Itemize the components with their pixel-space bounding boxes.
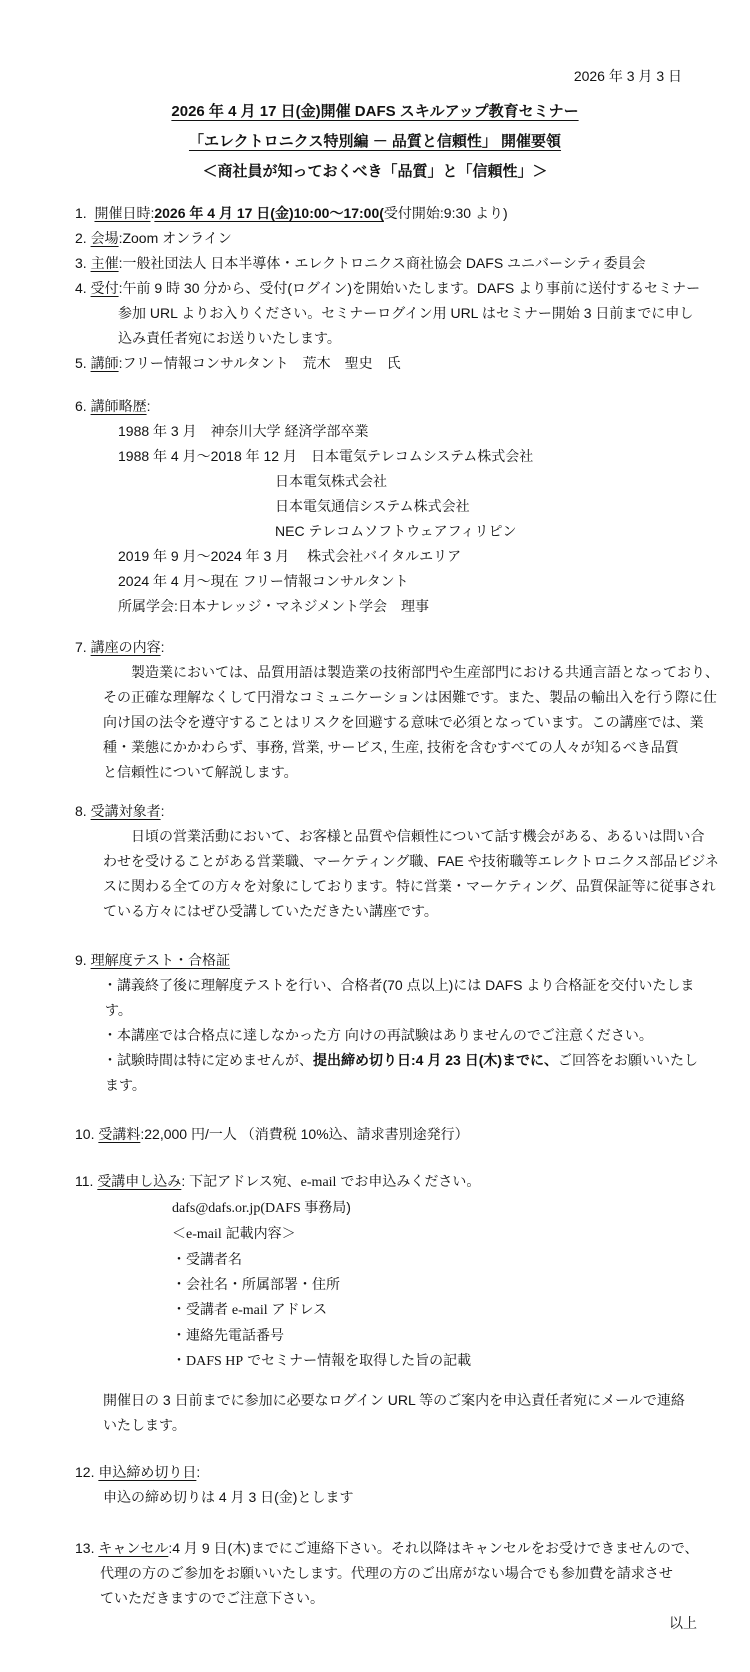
item-3: 3. 主催:一般社団法人 日本半導体・エレクトロニクス商社協会 DAFS ユニバ… <box>75 251 715 276</box>
career-line-2: 1988 年 4 月～2018 年 12 月 日本電気テレコムシステム株式会社 <box>75 444 715 469</box>
item-9-bullet-1: ・講義終了後に理解度テストを行い、合格者(70 点以上)には DAFS より合格… <box>75 973 715 998</box>
item-9-bullet-3: ・試験時間は特に定めませんが、提出締め切り日:4 月 23 日(木)までに、ご回… <box>75 1048 715 1073</box>
mail-item-4: ・連絡先電話番号 <box>75 1323 715 1348</box>
item-8-para-3: スに関わる全ての方々を対象にしております。特に営業・マーケティング、品質保証等に… <box>75 874 715 899</box>
item-10: 10. 受講料:22,000 円/一人 （消費税 10%込、請求書別途発行） <box>75 1122 715 1147</box>
item-4-line-2: 参加 URL よりお入りください。セミナーログイン用 URL はセミナー開始 3… <box>75 301 715 326</box>
text-run: e-mail <box>186 1227 222 1242</box>
item-9-bullet-1b: す。 <box>75 998 715 1023</box>
item-9: 9. 理解度テスト・合格証 <box>75 948 715 973</box>
text-run: 講師略歴 <box>91 398 147 414</box>
text-run: 日頃の営業活動において、お客様と品質や信頼性について話す機会がある、あるいは問い… <box>131 828 704 844</box>
text-run: DAFS HP <box>186 1354 243 1369</box>
item-9-bullet-2: ・本講座では合格点に達しなかった方 向けの再試験はありませんのでご注意ください。 <box>75 1023 715 1048</box>
text-run: 受講申し込み <box>97 1173 181 1189</box>
mail-contents-title: ＜e-mail 記載内容＞ <box>75 1221 715 1247</box>
item-9-bullet-3b: ます。 <box>75 1073 715 1098</box>
text-run: 7. <box>75 639 91 655</box>
closing-text: 以上 <box>75 1611 715 1636</box>
text-run: 申込の締め切りは 4 月 3 日(金)とします <box>103 1489 353 1505</box>
text-run: 10. <box>75 1126 98 1142</box>
text-run: スに関わる全ての方々を対象にしております。特に営業・マーケティング、品質保証等に… <box>103 878 716 894</box>
text-run: 4. <box>75 280 91 296</box>
document-body: 1. 開催日時:2026 年 4 月 17 日(金)10:00～17:00(受付… <box>75 201 715 1611</box>
text-run: 受付開始:9:30 より) <box>384 205 508 221</box>
text-run: 向け国の法令を遵守することはリスクを回避する意味で必須となっています。この講座で… <box>103 714 704 730</box>
item-13-line-2: 代理の方のご参加をお願いいたします。代理の方のご出席がない場合でも参加費を請求さ… <box>75 1561 715 1586</box>
text-run: 講師 <box>91 355 119 371</box>
text-run: 受講料 <box>98 1126 140 1142</box>
text-run: ＜ <box>172 1225 186 1241</box>
item-13-line-3: ていただきますのでご注意下さい。 <box>75 1586 715 1611</box>
text-run: と信頼性について解説します。 <box>103 764 298 780</box>
text-run: 1988 年 4 月～2018 年 12 月 日本電気テレコムシステム株式会社 <box>118 448 533 464</box>
text-run: e-mail <box>301 1175 337 1190</box>
text-run: 開催日時 <box>94 205 150 221</box>
document-page: 2026 年 3 月 3 日 2026 年 4 月 17 日(金)開催 DAFS… <box>0 0 750 1672</box>
text-run: :4 月 9 日(木)までにご連絡下さい。それ以降はキャンセルをお受けできません… <box>168 1540 698 1556</box>
text-run: 提出締め切り日:4 月 23 日(木)までに、 <box>313 1052 558 1068</box>
mail-item-2: ・会社名・所属部署・住所 <box>75 1272 715 1297</box>
text-run: 3. <box>75 255 91 271</box>
text-run: ・受講者名 <box>172 1251 242 1267</box>
text-run: 参加 URL よりお入りください。セミナーログイン用 URL はセミナー開始 3… <box>118 305 693 321</box>
text-run: 開催日の 3 日前までに参加に必要なログイン URL 等のご案内を申込責任者宛に… <box>103 1392 685 1408</box>
text-run: ・会社名・所属部署・住所 <box>172 1276 340 1292</box>
item-2: 2. 会場:Zoom オンライン <box>75 226 715 251</box>
text-run: 12. <box>75 1464 98 1480</box>
text-run: いたします。 <box>103 1417 186 1433</box>
mail-item-1: ・受講者名 <box>75 1247 715 1272</box>
text-run: :Zoom オンライン <box>119 230 232 246</box>
text-run: 講座の内容 <box>91 639 161 655</box>
item-4: 4. 受付:午前 9 時 30 分から、受付(ログイン)を開始いたします。DAF… <box>75 276 715 301</box>
text-run: 受講対象者 <box>91 803 161 819</box>
item-12: 12. 申込締め切り日: <box>75 1460 715 1485</box>
item-11-para-1: 開催日の 3 日前までに参加に必要なログイン URL 等のご案内を申込責任者宛に… <box>75 1388 715 1413</box>
text-run: でセミナー情報を取得した旨の記載 <box>243 1352 471 1368</box>
text-run: 8. <box>75 803 91 819</box>
text-run: ・講義終了後に理解度テストを行い、合格者(70 点以上)には DAFS より合格… <box>103 977 694 993</box>
text-run: 日本電気通信システム株式会社 <box>275 498 470 514</box>
item-11-para-2: いたします。 <box>75 1413 715 1438</box>
seminar-title-line-1: 2026 年 4 月 17 日(金)開催 DAFS スキルアップ教育セミナー <box>0 97 750 127</box>
item-8-para-4: ている方々にはぜひ受講していただきたい講座です。 <box>75 899 715 924</box>
text-run: 製造業においては、品質用語は製造業の技術部門や生産部門における共通言語となってお… <box>131 664 719 680</box>
text-run: :午前 9 時 30 分から、受付(ログイン)を開始いたします。DAFS より事… <box>119 280 701 296</box>
text-run: 11. <box>75 1173 97 1189</box>
item-8-para-2: わせを受けることがある営業職、マーケティング職、FAE や技術職等エレクトロニク… <box>75 849 715 874</box>
item-7-para-3: 向け国の法令を遵守することはリスクを回避する意味で必須となっています。この講座で… <box>75 710 715 735</box>
text-run: アドレス <box>268 1301 327 1317</box>
item-1: 1. 開催日時:2026 年 4 月 17 日(金)10:00～17:00(受付… <box>75 201 715 226</box>
career-line-4: 日本電気通信システム株式会社 <box>75 494 715 519</box>
text-run: ている方々にはぜひ受講していただきたい講座です。 <box>103 903 438 919</box>
text-run: dafs@dafs.or.jp(DAFS <box>172 1201 304 1216</box>
text-run: キャンセル <box>98 1540 168 1556</box>
text-run: す。 <box>105 1002 132 1018</box>
text-run: 13. <box>75 1540 98 1556</box>
text-run: 2024 年 4 月～現在 フリー情報コンサルタント <box>118 573 409 589</box>
item-7-para-2: その正確な理解なくして円滑なコミュニケーションは困難です。また、製品の輸出入を行… <box>75 685 715 710</box>
text-run: 1. <box>75 205 94 221</box>
item-12-line-2: 申込の締め切りは 4 月 3 日(金)とします <box>75 1485 715 1510</box>
item-7-para-5: と信頼性について解説します。 <box>75 760 715 785</box>
seminar-title-line-3: ＜商社員が知っておくべき「品質」と「信頼性」＞ <box>0 157 750 187</box>
mail-item-5: ・DAFS HP でセミナー情報を取得した旨の記載 <box>75 1348 715 1374</box>
text-run: :一般社団法人 日本半導体・エレクトロニクス商社協会 DAFS ユニバーシティ委… <box>119 255 646 271</box>
item-7-para-4: 種・業態にかかわらず、事務, 営業, サービス, 生産, 技術を含むすべての人々… <box>75 735 715 760</box>
text-run: 1988 年 3 月 神奈川大学 経済学部卒業 <box>118 423 369 439</box>
text-run: :22,000 円/一人 （消費税 10%込、請求書別途発行） <box>140 1126 468 1142</box>
item-11: 11. 受講申し込み: 下記アドレス宛、e-mail でお申込みください。 <box>75 1169 715 1195</box>
item-6: 6. 講師略歴: <box>75 394 715 419</box>
item-8-para-1: 日頃の営業活動において、お客様と品質や信頼性について話す機会がある、あるいは問い… <box>75 824 715 849</box>
mail-address: dafs@dafs.or.jp(DAFS 事務局) <box>75 1195 715 1221</box>
item-7-para-1: 製造業においては、品質用語は製造業の技術部門や生産部門における共通言語となってお… <box>75 660 715 685</box>
item-13: 13. キャンセル:4 月 9 日(木)までにご連絡下さい。それ以降はキャンセル… <box>75 1536 715 1561</box>
text-run: : <box>147 398 151 414</box>
text-run: 種・業態にかかわらず、事務, 営業, サービス, 生産, 技術を含むすべての人々… <box>103 739 679 755</box>
text-run: 6. <box>75 398 91 414</box>
item-7: 7. 講座の内容: <box>75 635 715 660</box>
text-run: ご回答をお願いいたし <box>558 1052 698 1068</box>
text-run: ・受講者 <box>172 1301 232 1317</box>
text-run: 込み責任者宛にお送りいたします。 <box>118 330 341 346</box>
text-run: 会場 <box>91 230 119 246</box>
seminar-title: 2026 年 4 月 17 日(金)開催 DAFS スキルアップ教育セミナー 「… <box>0 97 750 187</box>
text-run: : 下記アドレス宛、 <box>181 1173 300 1189</box>
text-run: ・ <box>172 1352 186 1368</box>
item-8: 8. 受講対象者: <box>75 799 715 824</box>
text-run: 所属学会:日本ナレッジ・マネジメント学会 理事 <box>118 598 429 614</box>
text-run: 申込締め切り日 <box>98 1464 196 1480</box>
career-line-5: NEC テレコムソフトウェアフィリピン <box>75 519 715 544</box>
text-run: :フリー情報コンサルタント 荒木 聖史 氏 <box>119 355 401 371</box>
mail-item-3: ・受講者 e-mail アドレス <box>75 1297 715 1323</box>
career-line-8: 所属学会:日本ナレッジ・マネジメント学会 理事 <box>75 594 715 619</box>
seminar-title-line-2: 「エレクトロニクス特別編 － 品質と信頼性」 開催要領 <box>0 127 750 157</box>
text-run: 理解度テスト・合格証 <box>91 952 230 968</box>
career-line-3: 日本電気株式会社 <box>75 469 715 494</box>
text-run: でお申込みください。 <box>336 1173 480 1189</box>
text-run: 記載内容＞ <box>222 1225 296 1241</box>
text-run: e-mail <box>232 1303 268 1318</box>
text-run: 事務局) <box>304 1199 351 1215</box>
career-line-1: 1988 年 3 月 神奈川大学 経済学部卒業 <box>75 419 715 444</box>
text-run: ・試験時間は特に定めませんが、 <box>103 1052 313 1068</box>
text-run: 受付 <box>91 280 119 296</box>
text-run: 2019 年 9 月～2024 年 3 月 株式会社バイタルエリア <box>118 548 461 564</box>
issue-date: 2026 年 3 月 3 日 <box>75 64 715 89</box>
item-5: 5. 講師:フリー情報コンサルタント 荒木 聖史 氏 <box>75 351 715 376</box>
text-run: : <box>161 803 165 819</box>
text-run: ・連絡先電話番号 <box>172 1327 284 1343</box>
text-run: : <box>161 639 165 655</box>
text-run: 2026 年 4 月 17 日(金)10:00～17:00( <box>154 205 384 221</box>
item-4-line-3: 込み責任者宛にお送りいたします。 <box>75 326 715 351</box>
text-run: : <box>196 1464 200 1480</box>
text-run: 9. <box>75 952 91 968</box>
text-run: 代理の方のご参加をお願いいたします。代理の方のご出席がない場合でも参加費を請求さ… <box>100 1565 673 1581</box>
career-line-7: 2024 年 4 月～現在 フリー情報コンサルタント <box>75 569 715 594</box>
text-run: 2. <box>75 230 91 246</box>
text-run: 日本電気株式会社 <box>275 473 387 489</box>
text-run: 5. <box>75 355 91 371</box>
text-run: ・本講座では合格点に達しなかった方 向けの再試験はありませんのでご注意ください。 <box>103 1027 653 1043</box>
text-run: ていただきますのでご注意下さい。 <box>100 1590 324 1606</box>
text-run: その正確な理解なくして円滑なコミュニケーションは困難です。また、製品の輸出入を行… <box>103 689 717 705</box>
text-run: ます。 <box>105 1077 146 1093</box>
text-run: わせを受けることがある営業職、マーケティング職、FAE や技術職等エレクトロニク… <box>103 853 719 869</box>
career-line-6: 2019 年 9 月～2024 年 3 月 株式会社バイタルエリア <box>75 544 715 569</box>
text-run: 主催 <box>91 255 119 271</box>
text-run: NEC テレコムソフトウェアフィリピン <box>275 523 517 539</box>
